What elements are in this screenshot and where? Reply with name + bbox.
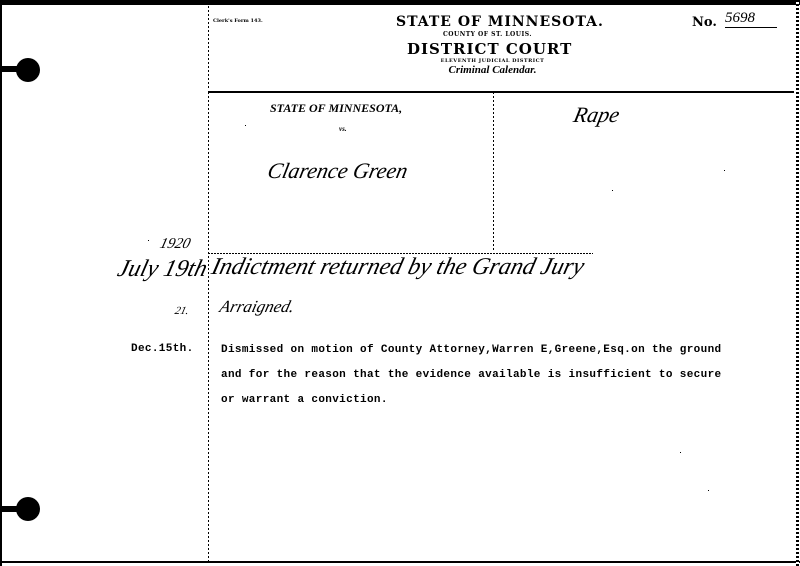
punch-hole-top-icon: [16, 58, 40, 82]
entry-date: Dec.15th.: [131, 343, 194, 355]
caption-plaintiff: STATE OF MINNESOTA,: [270, 101, 402, 116]
defendant-name: Clarence Green: [265, 158, 410, 184]
entry-text-typed: Dismissed on motion of County Attorney,W…: [221, 338, 721, 413]
case-number-label: No.: [692, 15, 717, 30]
scan-speck: [148, 240, 149, 241]
header-divider: [208, 91, 794, 93]
header-calendar: Criminal Calendar.: [400, 64, 585, 76]
case-number-value: 5698: [725, 10, 777, 28]
scan-speck: [680, 452, 681, 453]
entry-line: Dismissed on motion of County Attorney,W…: [221, 338, 721, 363]
entry-text: Indictment returned by the Grand Jury: [209, 254, 587, 281]
header-county: COUNTY OF ST. LOUIS.: [400, 31, 575, 38]
header-court: DISTRICT COURT: [407, 40, 572, 58]
top-border: [0, 0, 800, 5]
entry-line: or warrant a conviction.: [221, 388, 721, 413]
header-state: STATE OF MINNESOTA.: [396, 14, 604, 30]
entry-date: July 19th: [115, 256, 210, 283]
margin-line: [208, 92, 209, 562]
form-number: Clerk's Form 143.: [213, 18, 263, 24]
entry-year: 1920: [158, 236, 192, 253]
caption-divider: [493, 92, 494, 252]
scan-speck: [245, 125, 246, 126]
bottom-border: [0, 561, 800, 563]
entry-date: 21.: [174, 305, 191, 317]
entry-line: and for the reason that the evidence ava…: [221, 363, 721, 388]
right-border: [796, 0, 799, 566]
scan-speck: [724, 170, 725, 171]
caption-versus: vs.: [339, 125, 347, 133]
scan-speck: [612, 190, 613, 191]
punch-hole-bottom-icon: [16, 497, 40, 521]
entry-text: Arraigned.: [218, 297, 297, 317]
offense: Rape: [571, 102, 622, 128]
margin-line-header: [208, 6, 209, 90]
left-border: [0, 0, 2, 566]
scan-speck: [708, 490, 709, 491]
